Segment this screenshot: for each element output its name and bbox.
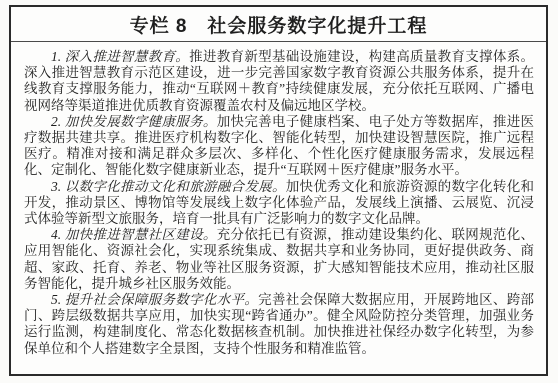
panel-title: 专栏 8 社会服务数字化提升工程 [130, 11, 428, 38]
panel-title-bar: 专栏 8 社会服务数字化提升工程 [11, 7, 546, 42]
list-item-2: 2. 加快发展数字健康服务。加快完善电子健康档案、电子处方等数据库，推进医疗数据… [24, 114, 534, 179]
item-4-lead: 4. 加快推进智慧社区建设。 [51, 227, 217, 242]
column-panel: 专栏 8 社会服务数字化提升工程 1. 深入推进智慧教育。推进教育新型基础设施建… [9, 5, 548, 376]
list-item-1: 1. 深入推进智慧教育。推进教育新型基础设施建设，构建高质量教育支撑体系。深入推… [24, 49, 534, 114]
item-3-lead: 3. 以数字化推动文化和旅游融合发展。 [51, 179, 286, 194]
list-item-3: 3. 以数字化推动文化和旅游融合发展。加快优秀文化和旅游资源的数字化转化和开发，… [24, 179, 534, 228]
item-1-lead: 1. 深入推进智慧教育。 [51, 49, 189, 64]
list-item-4: 4. 加快推进智慧社区建设。充分依托已有资源，推动建设集约化、联网规范化、应用智… [24, 227, 534, 292]
item-5-lead: 5. 提升社会保障服务数字化水平。 [51, 292, 258, 307]
panel-body: 1. 深入推进智慧教育。推进教育新型基础设施建设，构建高质量教育支撑体系。深入推… [11, 42, 546, 357]
list-item-5: 5. 提升社会保障服务数字化水平。完善社会保障大数据应用，开展跨地区、跨部门、跨… [24, 292, 534, 357]
item-2-lead: 2. 加快发展数字健康服务。 [51, 114, 217, 129]
